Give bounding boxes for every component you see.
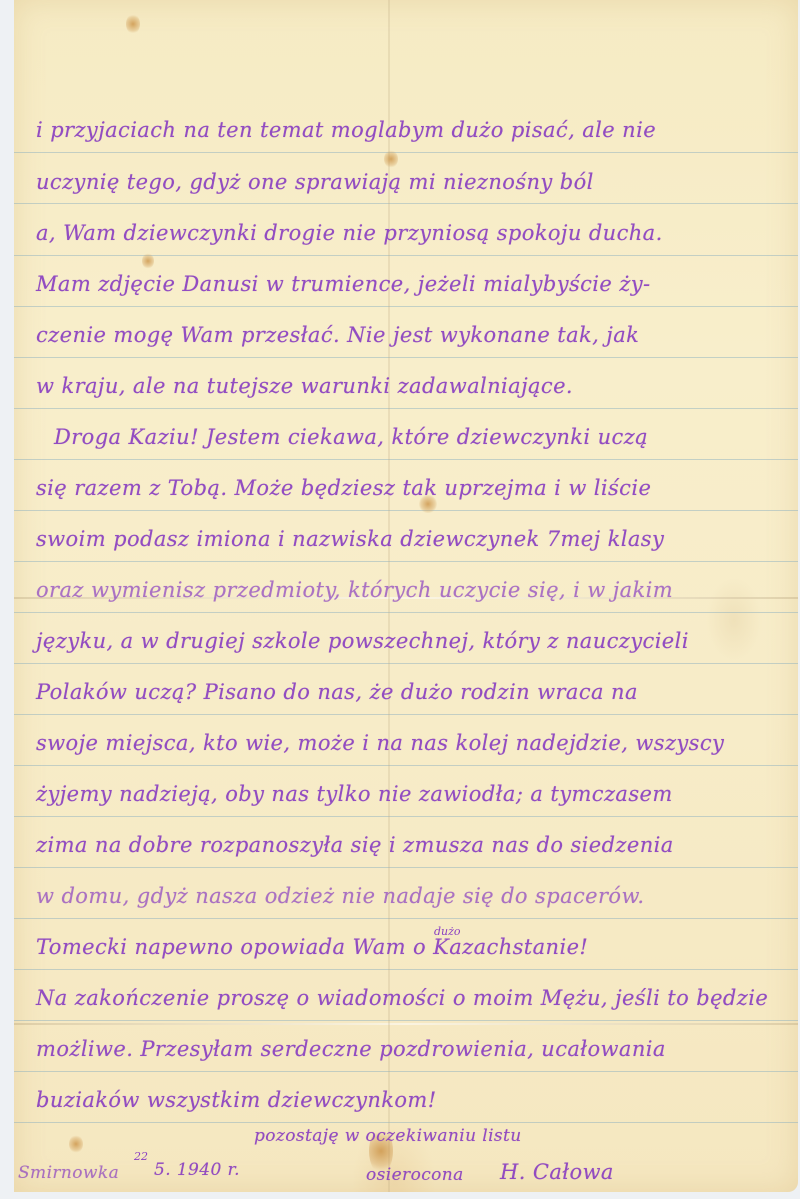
date: 5. 1940 r. <box>154 1160 240 1180</box>
letter-line: w kraju, ale na tutejsze warunki zadawal… <box>36 374 778 398</box>
letter-line: żyjemy nadzieją, oby nas tylko nie zawio… <box>36 782 778 806</box>
ruled-line <box>14 255 798 256</box>
signature-prefix: osierocona <box>366 1165 464 1185</box>
ruled-line <box>14 357 798 358</box>
letter-line: Mam zdjęcie Danusi w trumience, jeżeli m… <box>36 272 778 296</box>
ruled-line <box>14 663 798 664</box>
letter-line: buziaków wszystkim dziewczynkom! <box>36 1088 778 1112</box>
letter-paper: i przyjaciach na ten temat moglabym dużo… <box>14 0 798 1192</box>
closing-line: pozostaję w oczekiwaniu listu <box>254 1126 778 1146</box>
letter-line: Na zakończenie proszę o wiadomości o moi… <box>36 986 778 1010</box>
ruled-line <box>14 459 798 460</box>
ruled-line <box>14 918 798 919</box>
letter-line: zima na dobre rozpanoszyła się i zmusza … <box>36 833 778 857</box>
letter-line: uczynię tego, gdyż one sprawiają mi niez… <box>36 170 778 194</box>
paper-fold <box>14 1023 798 1025</box>
place: Smirnowka <box>18 1163 119 1183</box>
insertion-note: dużo <box>434 925 461 938</box>
letter-line: swoim podasz imiona i nazwiska dziewczyn… <box>36 527 778 551</box>
ruled-line <box>14 765 798 766</box>
letter-line: czenie mogę Wam przesłać. Nie jest wykon… <box>36 323 778 347</box>
ruled-line <box>14 816 798 817</box>
letter-line: Droga Kaziu! Jestem ciekawa, które dziew… <box>54 425 778 449</box>
signature: H. Całowa <box>500 1160 614 1184</box>
ruled-line <box>14 969 798 970</box>
stain <box>142 253 154 269</box>
date-day: 22 <box>134 1150 148 1163</box>
stain <box>69 1135 83 1153</box>
stain <box>384 150 398 168</box>
ruled-line <box>14 612 798 613</box>
ruled-line <box>14 867 798 868</box>
ruled-line <box>14 561 798 562</box>
letter-line: Tomecki napewno opowiada Wam o Kazachsta… <box>36 935 778 959</box>
letter-line: w domu, gdyż nasza odzież nie nadaje się… <box>36 884 778 908</box>
stain <box>126 14 140 34</box>
letter-line: swoje miejsca, kto wie, może i na nas ko… <box>36 731 778 755</box>
ruled-line <box>14 203 798 204</box>
ruled-line <box>14 408 798 409</box>
ruled-line <box>14 1020 798 1021</box>
letter-line: możliwe. Przesyłam serdeczne pozdrowieni… <box>36 1037 778 1061</box>
ruled-line <box>14 1122 798 1123</box>
letter-line: a, Wam dziewczynki drogie nie przyniosą … <box>36 221 778 245</box>
letter-line: Polaków uczą? Pisano do nas, że dużo rod… <box>36 680 778 704</box>
ruled-line <box>14 510 798 511</box>
letter-line: i przyjaciach na ten temat moglabym dużo… <box>36 118 778 142</box>
letter-line: się razem z Tobą. Może będziesz tak uprz… <box>36 476 778 500</box>
ruled-line <box>14 1071 798 1072</box>
letter-line: oraz wymienisz przedmioty, których uczyc… <box>36 578 778 602</box>
ruled-line <box>14 306 798 307</box>
letter-line: języku, a w drugiej szkole powszechnej, … <box>36 629 778 653</box>
ruled-line <box>14 152 798 153</box>
ruled-line <box>14 714 798 715</box>
